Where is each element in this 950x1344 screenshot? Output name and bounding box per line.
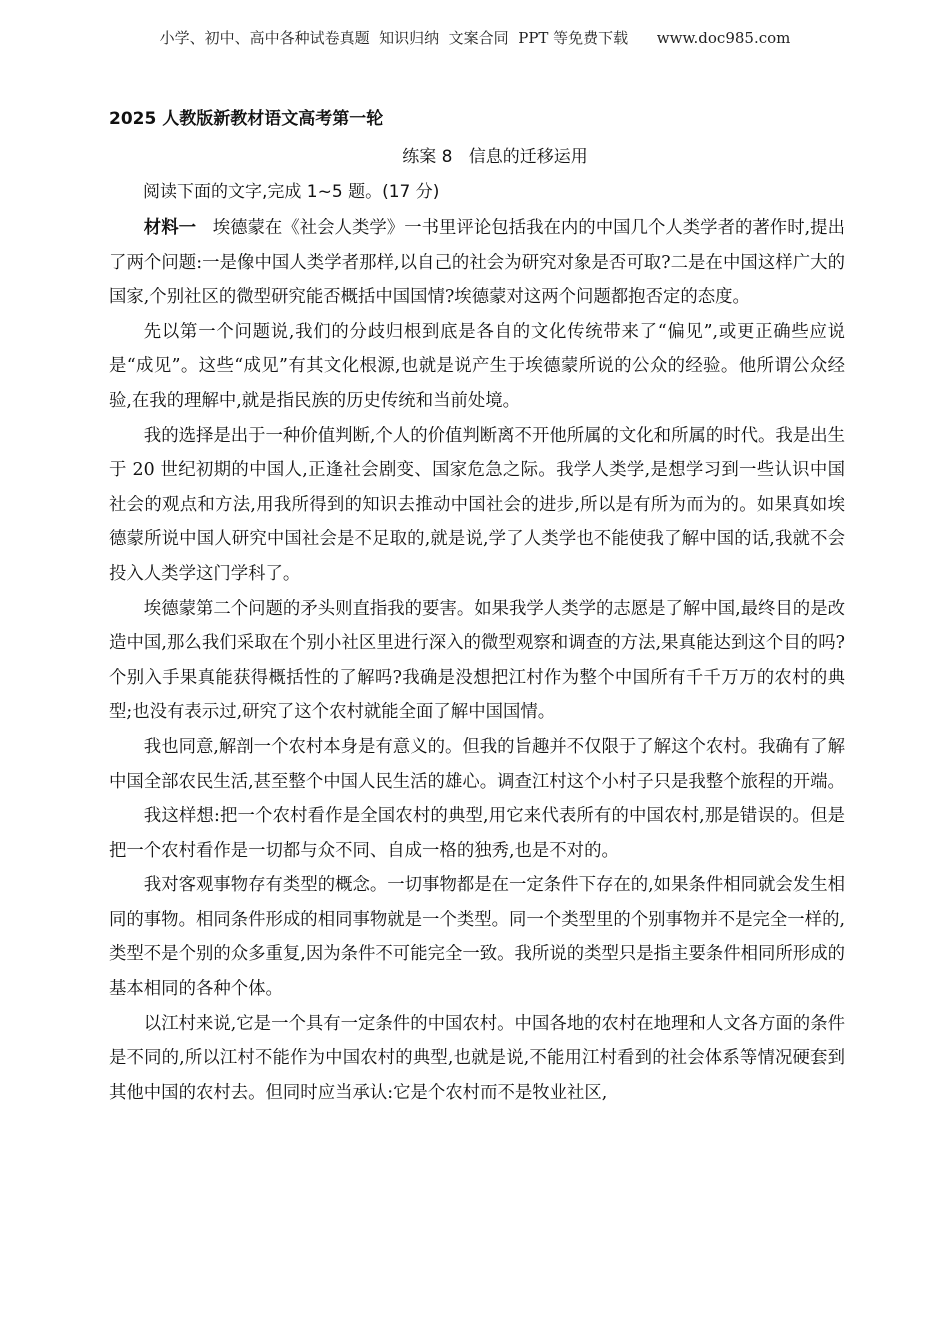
section-title: 练案 8 信息的迁移运用 — [0, 142, 950, 167]
passage-paragraph: 我这样想:把一个农村看作是全国农村的典型,用它来代表所有的中国农村,那是错误的。… — [109, 799, 845, 868]
passage-paragraph: 先以第一个问题说,我们的分歧归根到底是各自的文化传统带来了“偏见”,或更正确些应… — [109, 315, 845, 419]
passage-paragraph: 埃德蒙第二个问题的矛头则直指我的要害。如果我学人类学的志愿是了解中国,最终目的是… — [109, 592, 845, 730]
passage-paragraph: 材料一 埃德蒙在《社会人类学》一书里评论包括我在内的中国几个人类学者的著作时,提… — [109, 211, 845, 315]
passage-paragraph: 我也同意,解剖一个农村本身是有意义的。但我的旨趣并不仅限于了解这个农村。我确有了… — [109, 730, 845, 799]
reading-instruction: 阅读下面的文字,完成 1~5 题。(17 分) — [143, 177, 439, 202]
passage-paragraph: 我对客观事物存有类型的概念。一切事物都是在一定条件下存在的,如果条件相同就会发生… — [109, 868, 845, 1006]
passage-paragraph: 以江村来说,它是一个具有一定条件的中国农村。中国各地的农村在地理和人文各方面的条… — [109, 1007, 845, 1111]
passage-body: 材料一 埃德蒙在《社会人类学》一书里评论包括我在内的中国几个人类学者的著作时,提… — [109, 211, 845, 1110]
passage-paragraph: 我的选择是出于一种价值判断,个人的价值判断离不开他所属的文化和所属的时代。我是出… — [109, 419, 845, 592]
document-title: 2025 人教版新教材语文高考第一轮 — [109, 104, 383, 129]
site-header-banner: 小学、初中、高中各种试卷真题 知识归纳 文案合同 PPT 等免费下载 www.d… — [0, 27, 950, 48]
paragraph-text: 埃德蒙在《社会人类学》一书里评论包括我在内的中国几个人类学者的著作时,提出了两个… — [109, 218, 845, 307]
material-label: 材料一 — [144, 218, 196, 238]
